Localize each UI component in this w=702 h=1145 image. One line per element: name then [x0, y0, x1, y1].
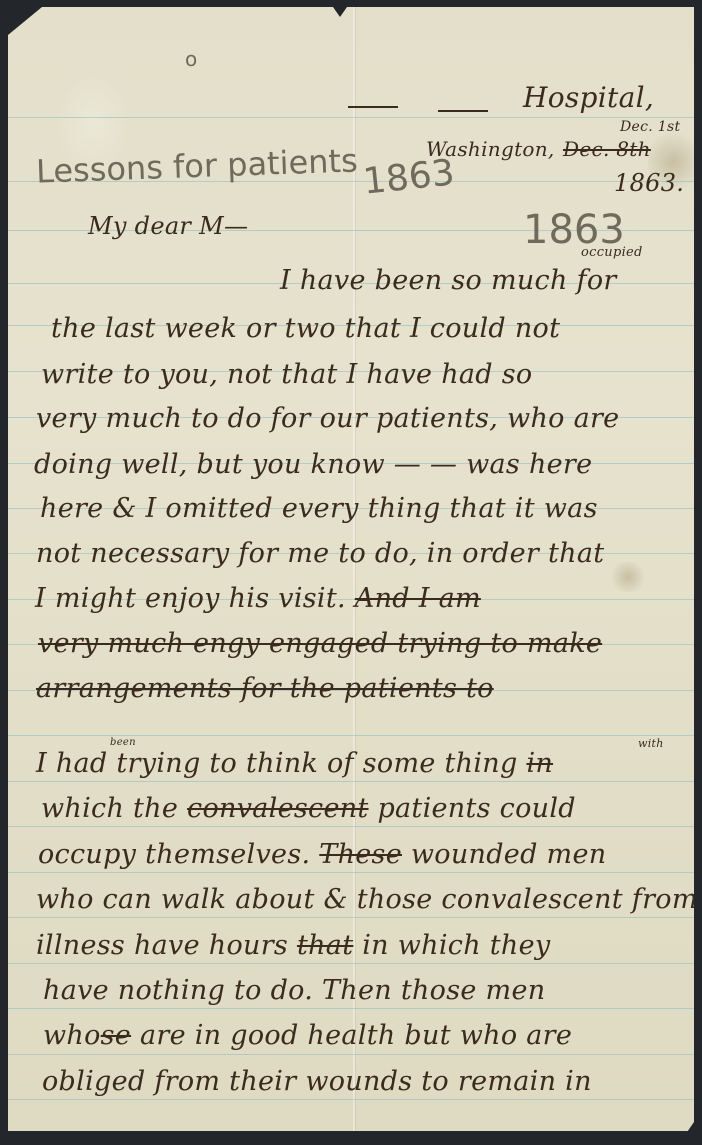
insertion-been: been [110, 737, 136, 748]
letter-line: doing well, but you know — — was here [34, 449, 592, 480]
letter-line-struck: arrangements for the patients to [36, 673, 494, 704]
letter-line: whose are in good health but who are [43, 1020, 572, 1051]
struck-text: in [526, 748, 553, 779]
paper-tear [333, 7, 347, 17]
letter-line: occupy themselves. These wounded men [38, 839, 606, 870]
water-stain [608, 562, 648, 592]
letter-page: o Lessons for patients 1863 1863 Hospita… [8, 7, 694, 1131]
struck-text: These [319, 839, 402, 870]
letter-line: obliged from their wounds to remain in [42, 1066, 592, 1097]
letter-line: which the convalescent patients could [41, 793, 576, 824]
heading-year: 1863. [614, 169, 684, 197]
rule-line [8, 917, 694, 918]
rule-line [8, 1054, 694, 1055]
letter-line: not necessary for me to do, in order tha… [36, 538, 604, 569]
heading-place: Hospital, [523, 81, 654, 114]
letter-line: here & I omitted every thing that it was [40, 493, 598, 524]
letter-line: I had trying to think of some thing in [36, 748, 553, 779]
rule-line [8, 1099, 694, 1100]
pencil-circle-mark: o [185, 47, 197, 71]
letter-line: write to you, not that I have had so [41, 359, 532, 390]
blank-dash [348, 106, 398, 108]
blank-dash [438, 110, 488, 112]
heading-date-struck: Dec. 8th [563, 137, 651, 161]
struck-text: that [297, 930, 353, 961]
heading-date-inserted: Dec. 1st [620, 119, 680, 135]
insertion-occupied: occupied [581, 245, 643, 260]
struck-text: convalescent [187, 793, 369, 824]
letter-line: have nothing to do. Then those men [43, 975, 545, 1006]
letter-line: I might enjoy his visit. And I am [35, 583, 481, 614]
struck-text: se [101, 1020, 131, 1051]
letter-line: I have been so much for [280, 265, 617, 296]
rule-line [8, 826, 694, 827]
insertion-with: with [638, 737, 664, 750]
letter-line: illness have hours that in which they [36, 930, 550, 961]
rule-line [8, 735, 694, 736]
rule-line [8, 872, 694, 873]
salutation: My dear M— [88, 212, 248, 240]
rule-line [8, 781, 694, 782]
letter-line: the last week or two that I could not [51, 313, 560, 344]
letter-line: very much to do for our patients, who ar… [36, 403, 619, 434]
rule-line [8, 963, 694, 964]
rule-line [8, 1008, 694, 1009]
rule-line [8, 117, 694, 118]
letter-line-struck: very much engy engaged trying to make [38, 628, 602, 659]
struck-text: And I am [355, 583, 481, 614]
letter-line: who can walk about & those convalescent … [36, 884, 698, 915]
heading-city: Washington, [426, 137, 555, 161]
